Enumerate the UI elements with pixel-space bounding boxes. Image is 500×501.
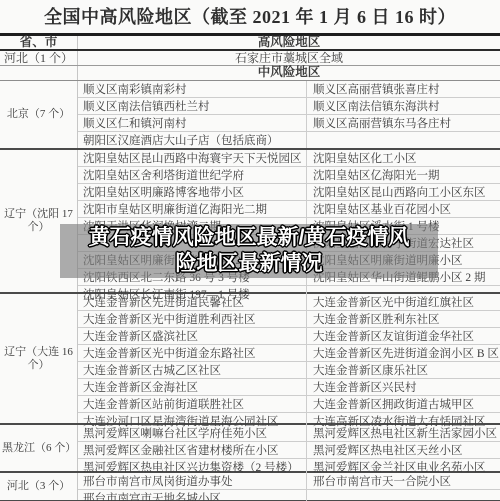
area-cell-left: 朝阳区汉庭酒店大山子店（包括底商） — [78, 132, 307, 148]
area-cell-left: 沈阳皇姑区明廉路博客地带小区 — [78, 184, 307, 200]
mid-risk-row: 大连金普新区先进街道民馨社区大连金普新区光中街道红旗社区 — [78, 294, 500, 310]
mid-risk-section-label: 中风险地区 — [78, 66, 500, 80]
province-column-header: 省、市 — [0, 36, 78, 49]
mid-risk-block: 黑龙江（6 个）黑河爱辉区喇嘛台社区学府佳苑小区黑河爱辉区热电社区新生活家园小区… — [0, 423, 500, 471]
area-cell-left: 顺义区南彩镇南彩村 — [78, 81, 307, 97]
mid-risk-row: 沈阳皇姑区舍利塔街道世纪学府沈阳皇姑区亿海阳光一期 — [78, 166, 500, 183]
area-cell-right: 大连金普新区拥政街道古城甲区 — [307, 396, 500, 412]
mid-risk-block: 河北（3 个）邢台市南宫市凤岗街道办事处邢台市南宫市天一合院小区邢台市南宫市天地… — [0, 471, 500, 501]
mid-risk-row: 大连金普新区盛滨社区大连金普新区友谊街道金华社区 — [78, 327, 500, 344]
risk-area-document: 全国中高风险地区（截至 2021 年 1 月 6 日 16 时） 省、市 高风险… — [0, 0, 500, 501]
mid-risk-row: 大连金普新区站前街道联胜社区大连金普新区拥政街道古城甲区 — [78, 395, 500, 412]
area-cell-left: 大连金普新区古城乙区社区 — [78, 362, 307, 378]
province-cell: 北京（7 个） — [0, 81, 78, 148]
mid-risk-section-header: 中风险地区 — [0, 66, 500, 81]
mid-risk-row-group: 邢台市南宫市凤岗街道办事处邢台市南宫市天一合院小区邢台市南宫市天地名城小区 — [78, 473, 500, 500]
area-cell-left: 邢台市南宫市天地名城小区 — [78, 490, 307, 501]
area-cell-left: 黑河爱辉区金融社区省建材楼所在小区 — [78, 442, 307, 458]
province-cell: 黑龙江（6 个） — [0, 425, 78, 471]
area-cell-right — [307, 490, 500, 501]
area-cell: 石家庄市藁城区全域 — [78, 51, 500, 65]
area-cell-left: 邢台市南宫市凤岗街道办事处 — [78, 473, 307, 489]
area-cell-left: 大连金普新区光中街道胜利西社区 — [78, 311, 307, 327]
mid-risk-blocks: 北京（7 个）顺义区南彩镇南彩村顺义区高丽营镇张喜庄村顺义区南法信镇西杜兰村顺义… — [0, 81, 500, 501]
area-cell-right: 黑河爱辉区热电社区天丝小区 — [307, 442, 500, 458]
page-title: 全国中高风险地区（截至 2021 年 1 月 6 日 16 时） — [0, 0, 500, 33]
mid-risk-row: 邢台市南宫市凤岗街道办事处邢台市南宫市天一合院小区 — [78, 473, 500, 489]
mid-risk-row: 沈阳皇姑区明廉路博客地带小区沈阳皇姑区昆山西路向工小区东区 — [78, 183, 500, 200]
area-cell-left: 顺义区仁和镇河南村 — [78, 115, 307, 131]
mid-risk-block: 北京（7 个）顺义区南彩镇南彩村顺义区高丽营镇张喜庄村顺义区南法信镇西杜兰村顺义… — [0, 81, 500, 148]
area-cell-right: 大连金普新区友谊街道金华社区 — [307, 328, 500, 344]
mid-risk-row: 顺义区仁和镇河南村顺义区高丽营镇东马各庄村 — [78, 114, 500, 131]
mid-risk-row: 朝阳区汉庭酒店大山子店（包括底商） — [78, 131, 500, 148]
province-cell: 河北（1 个） — [0, 51, 78, 65]
mid-risk-row-group: 顺义区南彩镇南彩村顺义区高丽营镇张喜庄村顺义区南法信镇西杜兰村顺义区南法信镇东海… — [78, 81, 500, 148]
area-cell-left: 沈阳市皇姑区明廉街道亿海阳光二期 — [78, 201, 307, 217]
area-cell-right: 邢台市南宫市天一合院小区 — [307, 473, 500, 489]
mid-risk-row: 沈阳皇姑区昆山西路中海寰宇天下天悦园区沈阳皇姑区化工小区 — [78, 150, 500, 166]
mid-risk-row: 黑河爱辉区喇嘛台社区学府佳苑小区黑河爱辉区热电社区新生活家园小区 — [78, 425, 500, 441]
mid-risk-row-group: 大连金普新区先进街道民馨社区大连金普新区光中街道红旗社区大连金普新区光中街道胜利… — [78, 294, 500, 423]
area-cell-right: 沈阳皇姑区基业百花园小区 — [307, 201, 500, 217]
province-cell: 河北（3 个） — [0, 473, 78, 500]
area-cell-right: 顺义区高丽营镇张喜庄村 — [307, 81, 500, 97]
mid-risk-row: 邢台市南宫市天地名城小区 — [78, 489, 500, 501]
mid-risk-row: 大连金普新区光中街道胜利西社区大连金普新区胜利东社区 — [78, 310, 500, 327]
watermark-line: 黄石疫情风险地区最新/黄石疫情风 — [60, 225, 438, 251]
area-cell-left: 顺义区南法信镇西杜兰村 — [78, 98, 307, 114]
area-cell-right: 大连金普新区胜利东社区 — [307, 311, 500, 327]
mid-risk-row: 黑河爱辉区金融社区省建材楼所在小区黑河爱辉区热电社区天丝小区 — [78, 441, 500, 458]
area-cell-left: 沈阳皇姑区舍利塔街道世纪学府 — [78, 167, 307, 183]
mid-risk-block: 辽宁（大连 16 个）大连金普新区先进街道民馨社区大连金普新区光中街道红旗社区大… — [0, 292, 500, 423]
area-cell-left: 大连金普新区光中街道金东路社区 — [78, 345, 307, 361]
area-cell-right: 黑河爱辉区热电社区新生活家园小区 — [307, 425, 500, 441]
area-cell-left: 大连金普新区盛滨社区 — [78, 328, 307, 344]
mid-risk-row: 大连金普新区光中街道金东路社区大连金普新区先进街道金润小区 B 区 — [78, 344, 500, 361]
area-cell-left: 沈阳皇姑区昆山西路中海寰宇天下天悦园区 — [78, 150, 307, 166]
province-empty-cell — [0, 66, 78, 80]
mid-risk-row: 顺义区南法信镇西杜兰村顺义区南法信镇东海洪村 — [78, 97, 500, 114]
watermark-line: 险地区最新情况 — [60, 251, 438, 277]
high-risk-column-header: 高风险地区 — [78, 36, 500, 49]
area-cell-right: 顺义区高丽营镇东马各庄村 — [307, 115, 500, 131]
table-header-row: 省、市 高风险地区 — [0, 36, 500, 51]
mid-risk-row: 大连金普新区金海社区大连金普新区兴民村 — [78, 378, 500, 395]
watermark-overlay: 黄石疫情风险地区最新/黄石疫情风 险地区最新情况 — [60, 224, 438, 278]
area-cell-right — [307, 132, 500, 148]
area-cell-right: 大连金普新区康乐社区 — [307, 362, 500, 378]
high-risk-row: 河北（1 个） 石家庄市藁城区全域 — [0, 51, 500, 66]
area-cell-right: 顺义区南法信镇东海洪村 — [307, 98, 500, 114]
mid-risk-row: 大连金普新区古城乙区社区大连金普新区康乐社区 — [78, 361, 500, 378]
area-cell-right: 沈阳皇姑区昆山西路向工小区东区 — [307, 184, 500, 200]
area-cell-right: 大连金普新区光中街道红旗社区 — [307, 294, 500, 310]
area-cell-left: 黑河爱辉区喇嘛台社区学府佳苑小区 — [78, 425, 307, 441]
area-cell-right: 沈阳皇姑区亿海阳光一期 — [307, 167, 500, 183]
area-cell-left: 大连金普新区站前街道联胜社区 — [78, 396, 307, 412]
area-cell-right: 大连金普新区先进街道金润小区 B 区 — [307, 345, 500, 361]
area-cell-left: 大连金普新区先进街道民馨社区 — [78, 294, 307, 310]
mid-risk-row-group: 黑河爱辉区喇嘛台社区学府佳苑小区黑河爱辉区热电社区新生活家园小区黑河爱辉区金融社… — [78, 425, 500, 471]
area-cell-right: 大连金普新区兴民村 — [307, 379, 500, 395]
mid-risk-row: 沈阳市皇姑区明廉街道亿海阳光二期沈阳皇姑区基业百花园小区 — [78, 200, 500, 217]
mid-risk-row: 顺义区南彩镇南彩村顺义区高丽营镇张喜庄村 — [78, 81, 500, 97]
area-cell-right: 沈阳皇姑区化工小区 — [307, 150, 500, 166]
area-cell-left: 大连金普新区金海社区 — [78, 379, 307, 395]
province-cell: 辽宁（大连 16 个） — [0, 294, 78, 423]
